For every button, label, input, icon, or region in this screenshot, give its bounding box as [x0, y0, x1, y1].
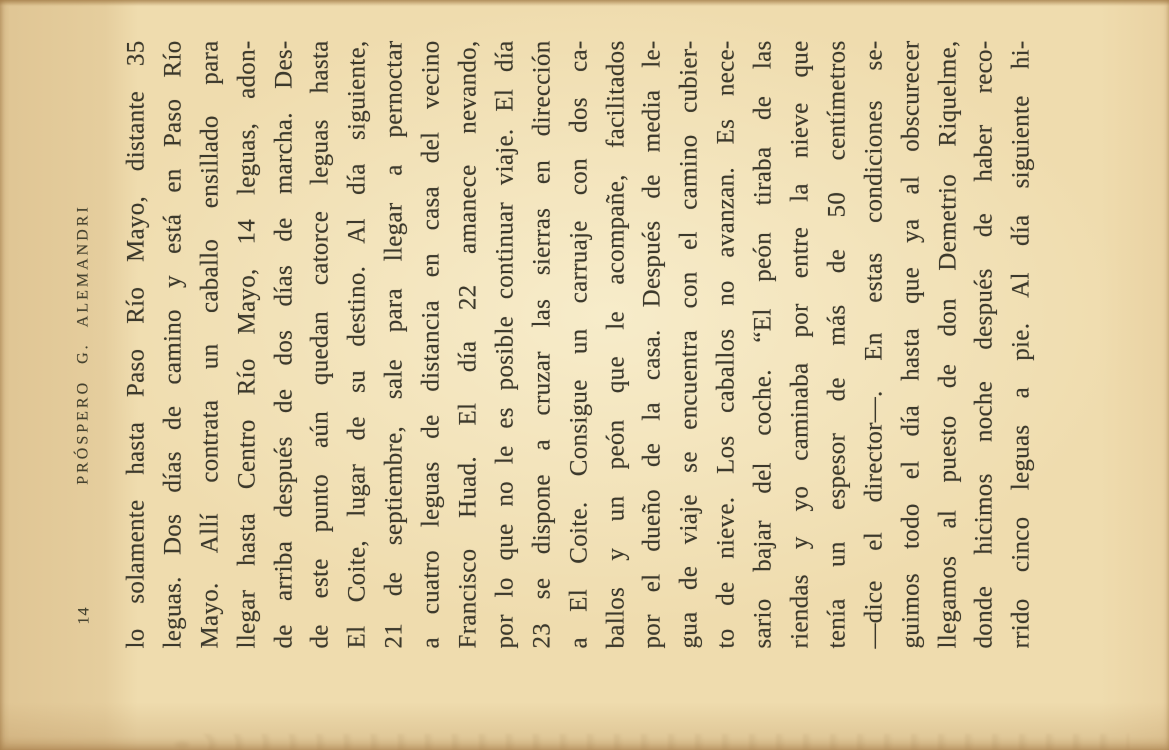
text-line: tenía un espesor de más de 50 centímetro…: [819, 40, 856, 648]
text-line: rrido cinco leguas a pie. Al día siguien…: [1003, 40, 1040, 648]
text-line: to de nieve. Los caballos no avanzan. Es…: [708, 40, 745, 648]
text-line: riendas y yo caminaba por entre la nieve…: [782, 40, 819, 648]
text-line: de este punto aún quedan catorce leguas …: [302, 40, 339, 648]
page-number: 14: [75, 606, 93, 624]
text-line: El Coite, lugar de su destino. Al día si…: [339, 40, 376, 648]
book-page: PRÓSPERO G. ALEMANDRI 14 lo solamente ha…: [0, 0, 1169, 750]
text-line: de arriba después de dos días de marcha.…: [266, 40, 303, 648]
text-line: lo solamente hasta Paso Río Mayo, distan…: [118, 40, 155, 648]
text-line: sario bajar del coche. “El peón tiraba d…: [745, 40, 782, 648]
text-line: Francisco Huad. El día 22 amanece nevand…: [450, 40, 487, 648]
text-line: 23 se dispone a cruzar las sierras en di…: [524, 40, 561, 648]
text-line: 21 de septiembre, sale para llegar a per…: [376, 40, 413, 648]
page-edge-ghosting: [170, 734, 1129, 750]
body-text: lo solamente hasta Paso Río Mayo, distan…: [118, 40, 1040, 648]
text-line: a El Coite. Consigue un carruaje con dos…: [561, 40, 598, 648]
text-line: gua de viaje se encuentra con el camino …: [671, 40, 708, 648]
scanned-book-page: PRÓSPERO G. ALEMANDRI 14 lo solamente ha…: [0, 0, 1169, 750]
text-line: ballos y un peón que le acompañe, facili…: [598, 40, 635, 648]
text-line: a cuatro leguas de distancia en casa del…: [413, 40, 450, 648]
running-header: PRÓSPERO G. ALEMANDRI: [74, 40, 92, 648]
text-line: por lo que no le es posible continuar vi…: [487, 40, 524, 648]
text-line: Mayo. Allí contrata un caballo ensillado…: [192, 40, 229, 648]
text-line: llegar hasta Centro Río Mayo, 14 leguas,…: [229, 40, 266, 648]
text-line: guimos todo el día hasta que ya al obscu…: [893, 40, 930, 648]
text-line: llegamos al puesto de don Demetrio Rique…: [930, 40, 967, 648]
text-line: leguas. Dos días de camino y está en Pas…: [155, 40, 192, 648]
text-line: por el dueño de la casa. Después de medi…: [634, 40, 671, 648]
text-line: —dice el director—. En estas condiciones…: [856, 40, 893, 648]
text-line: donde hicimos noche después de haber rec…: [966, 40, 1003, 648]
